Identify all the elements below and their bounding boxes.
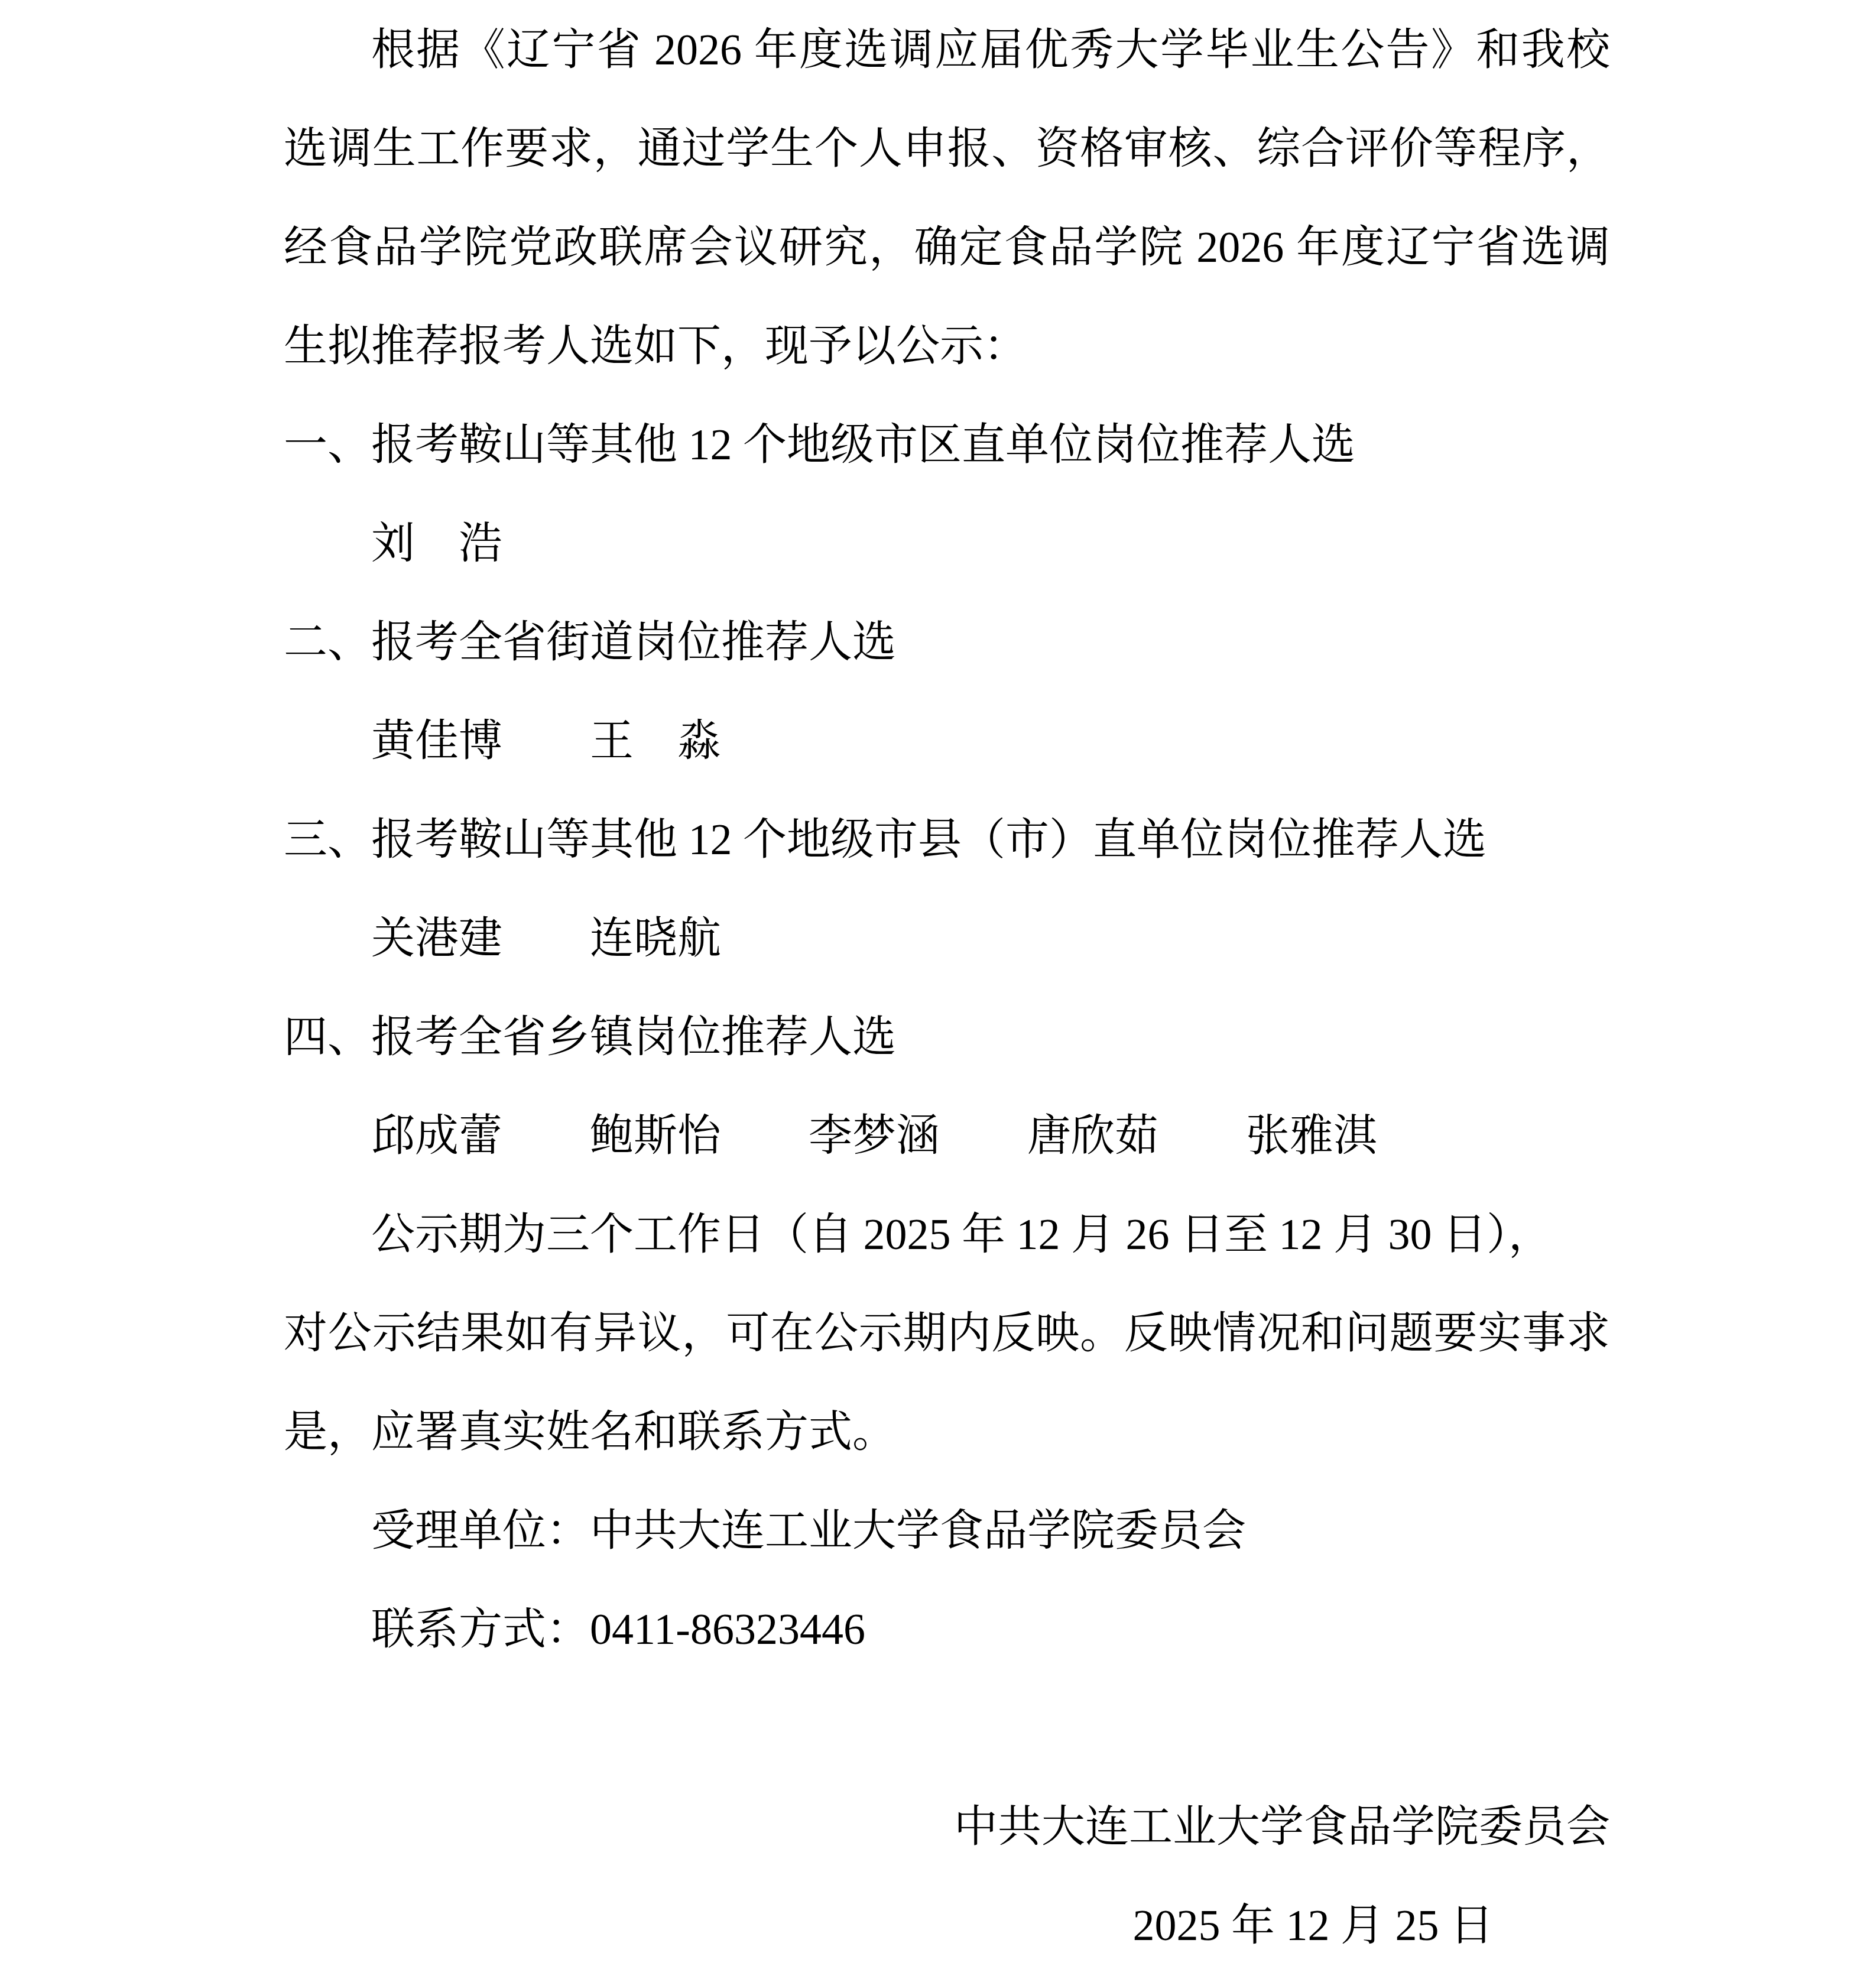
section-4-names: 邱成蕾 鲍斯怡 李梦涵 唐欣茹 张雅淇 [284,1087,1610,1186]
intro-line-1: 根据《辽宁省 2026 年度选调应届优秀大学毕业生公告》和我校 [284,1,1610,100]
section-3-names: 关港建 连晓航 [284,890,1610,988]
intro-line-3: 经食品学院党政联席会议研究，确定食品学院 2026 年度辽宁省选调 [284,199,1610,297]
contact-accepting-unit: 受理单位：中共大连工业大学食品学院委员会 [284,1482,1610,1581]
blank-line [284,1679,1610,1778]
notice-line-2: 对公示结果如有异议，可在公示期内反映。反映情况和问题要实事求 [284,1284,1610,1383]
section-1-names: 刘 浩 [284,495,1610,593]
section-3-heading: 三、报考鞍山等其他 12 个地级市县（市）直单位岗位推荐人选 [284,791,1610,890]
signature-date: 2025 年 12 月 25 日 [284,1877,1610,1975]
intro-line-4: 生拟推荐报考人选如下，现予以公示： [284,297,1610,396]
section-1-heading: 一、报考鞍山等其他 12 个地级市区直单位岗位推荐人选 [284,396,1610,495]
contact-phone: 联系方式：0411-86323446 [284,1581,1610,1679]
section-4-heading: 四、报考全省乡镇岗位推荐人选 [284,988,1610,1087]
section-2-names: 黄佳博 王 淼 [284,692,1610,791]
announcement-page: 根据《辽宁省 2026 年度选调应届优秀大学毕业生公告》和我校 选调生工作要求，… [0,0,1876,1982]
intro-line-2: 选调生工作要求，通过学生个人申报、资格审核、综合评价等程序， [284,100,1610,199]
section-2-heading: 二、报考全省街道岗位推荐人选 [284,593,1610,692]
signature-org: 中共大连工业大学食品学院委员会 [284,1778,1610,1877]
notice-line-3: 是，应署真实姓名和联系方式。 [284,1383,1610,1482]
notice-line-1: 公示期为三个工作日（自 2025 年 12 月 26 日至 12 月 30 日）… [284,1186,1610,1284]
